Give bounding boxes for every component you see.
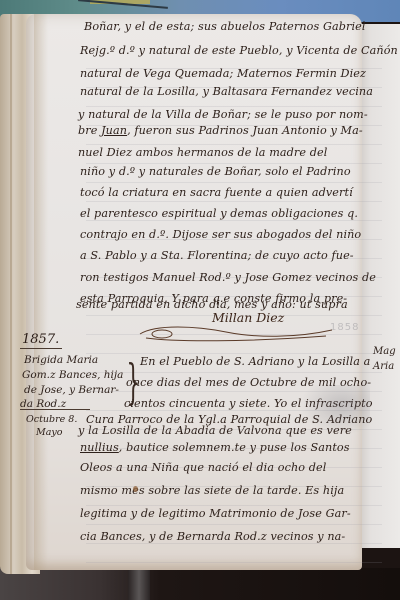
text-line: y natural de la Villa de Boñar; se le pu… (78, 108, 368, 121)
text-line: legitima y de legitimo Matrimonio de Jos… (80, 507, 351, 520)
text-line: Boñar, y el de esta; sus abuelos Paterno… (84, 20, 366, 33)
margin-note-line: Gom.z Bances, hija (22, 369, 123, 381)
paper-crease (300, 385, 370, 435)
background-cloth-fold (128, 568, 150, 600)
facing-page-note: Mag (373, 346, 396, 357)
text-line: tocó la criatura en sacra fuente a quien… (80, 186, 353, 199)
text-line: Rejg.º d.º y natural de este Pueblo, y V… (80, 44, 398, 57)
text-line: mismo mes sobre las siete de la tarde. E… (80, 484, 344, 497)
text-line: nullius, bautice solemnem.te y puse los … (80, 441, 350, 454)
baptismal-name-juan: Juan (101, 124, 127, 137)
text-line: En el Pueblo de S. Adriano y la Losilla … (140, 355, 370, 368)
text-line: el parentesco espiritual y demas obligac… (80, 207, 358, 220)
margin-date: Mayo (36, 427, 62, 438)
text-line: niño y d.º y naturales de Boñar, solo el… (80, 165, 351, 178)
text-line: nuel Diez ambos hermanos de la madre del (78, 146, 327, 159)
margin-note-line: de Jose, y Bernar- (24, 384, 119, 396)
divider (20, 409, 90, 410)
facing-page-note: Aria (373, 361, 394, 372)
divider (20, 348, 62, 349)
margin-date: Octubre 8. (26, 414, 77, 425)
text-line: natural de Vega Quemada; Maternos Fermin… (80, 67, 366, 80)
ink-stain (133, 486, 138, 492)
text-line: Oleos a una Niña que nació el dia ocho d… (80, 461, 326, 474)
text-line: bre Juan, fueron sus Padrinos Juan Anton… (78, 124, 363, 137)
margin-note-line: Brigida Maria (24, 354, 98, 366)
year-heading: 1857. (22, 332, 59, 347)
nullius-word: nullius (80, 441, 119, 454)
text-line: a S. Pablo y a Sta. Florentina; de cuyo … (80, 249, 354, 262)
background-table-bottom (0, 568, 400, 600)
text-line: cia Bances, y de Bernarda Rod.z vecinos … (80, 530, 345, 543)
text-line: ron testigos Manuel Rod.º y Jose Gomez v… (80, 271, 376, 284)
text-line: contrajo en d.º. Dijose ser sus abogados… (80, 228, 361, 241)
signature-flourish (136, 322, 336, 344)
text-line: natural de la Losilla, y Baltasara Ferna… (80, 85, 373, 98)
